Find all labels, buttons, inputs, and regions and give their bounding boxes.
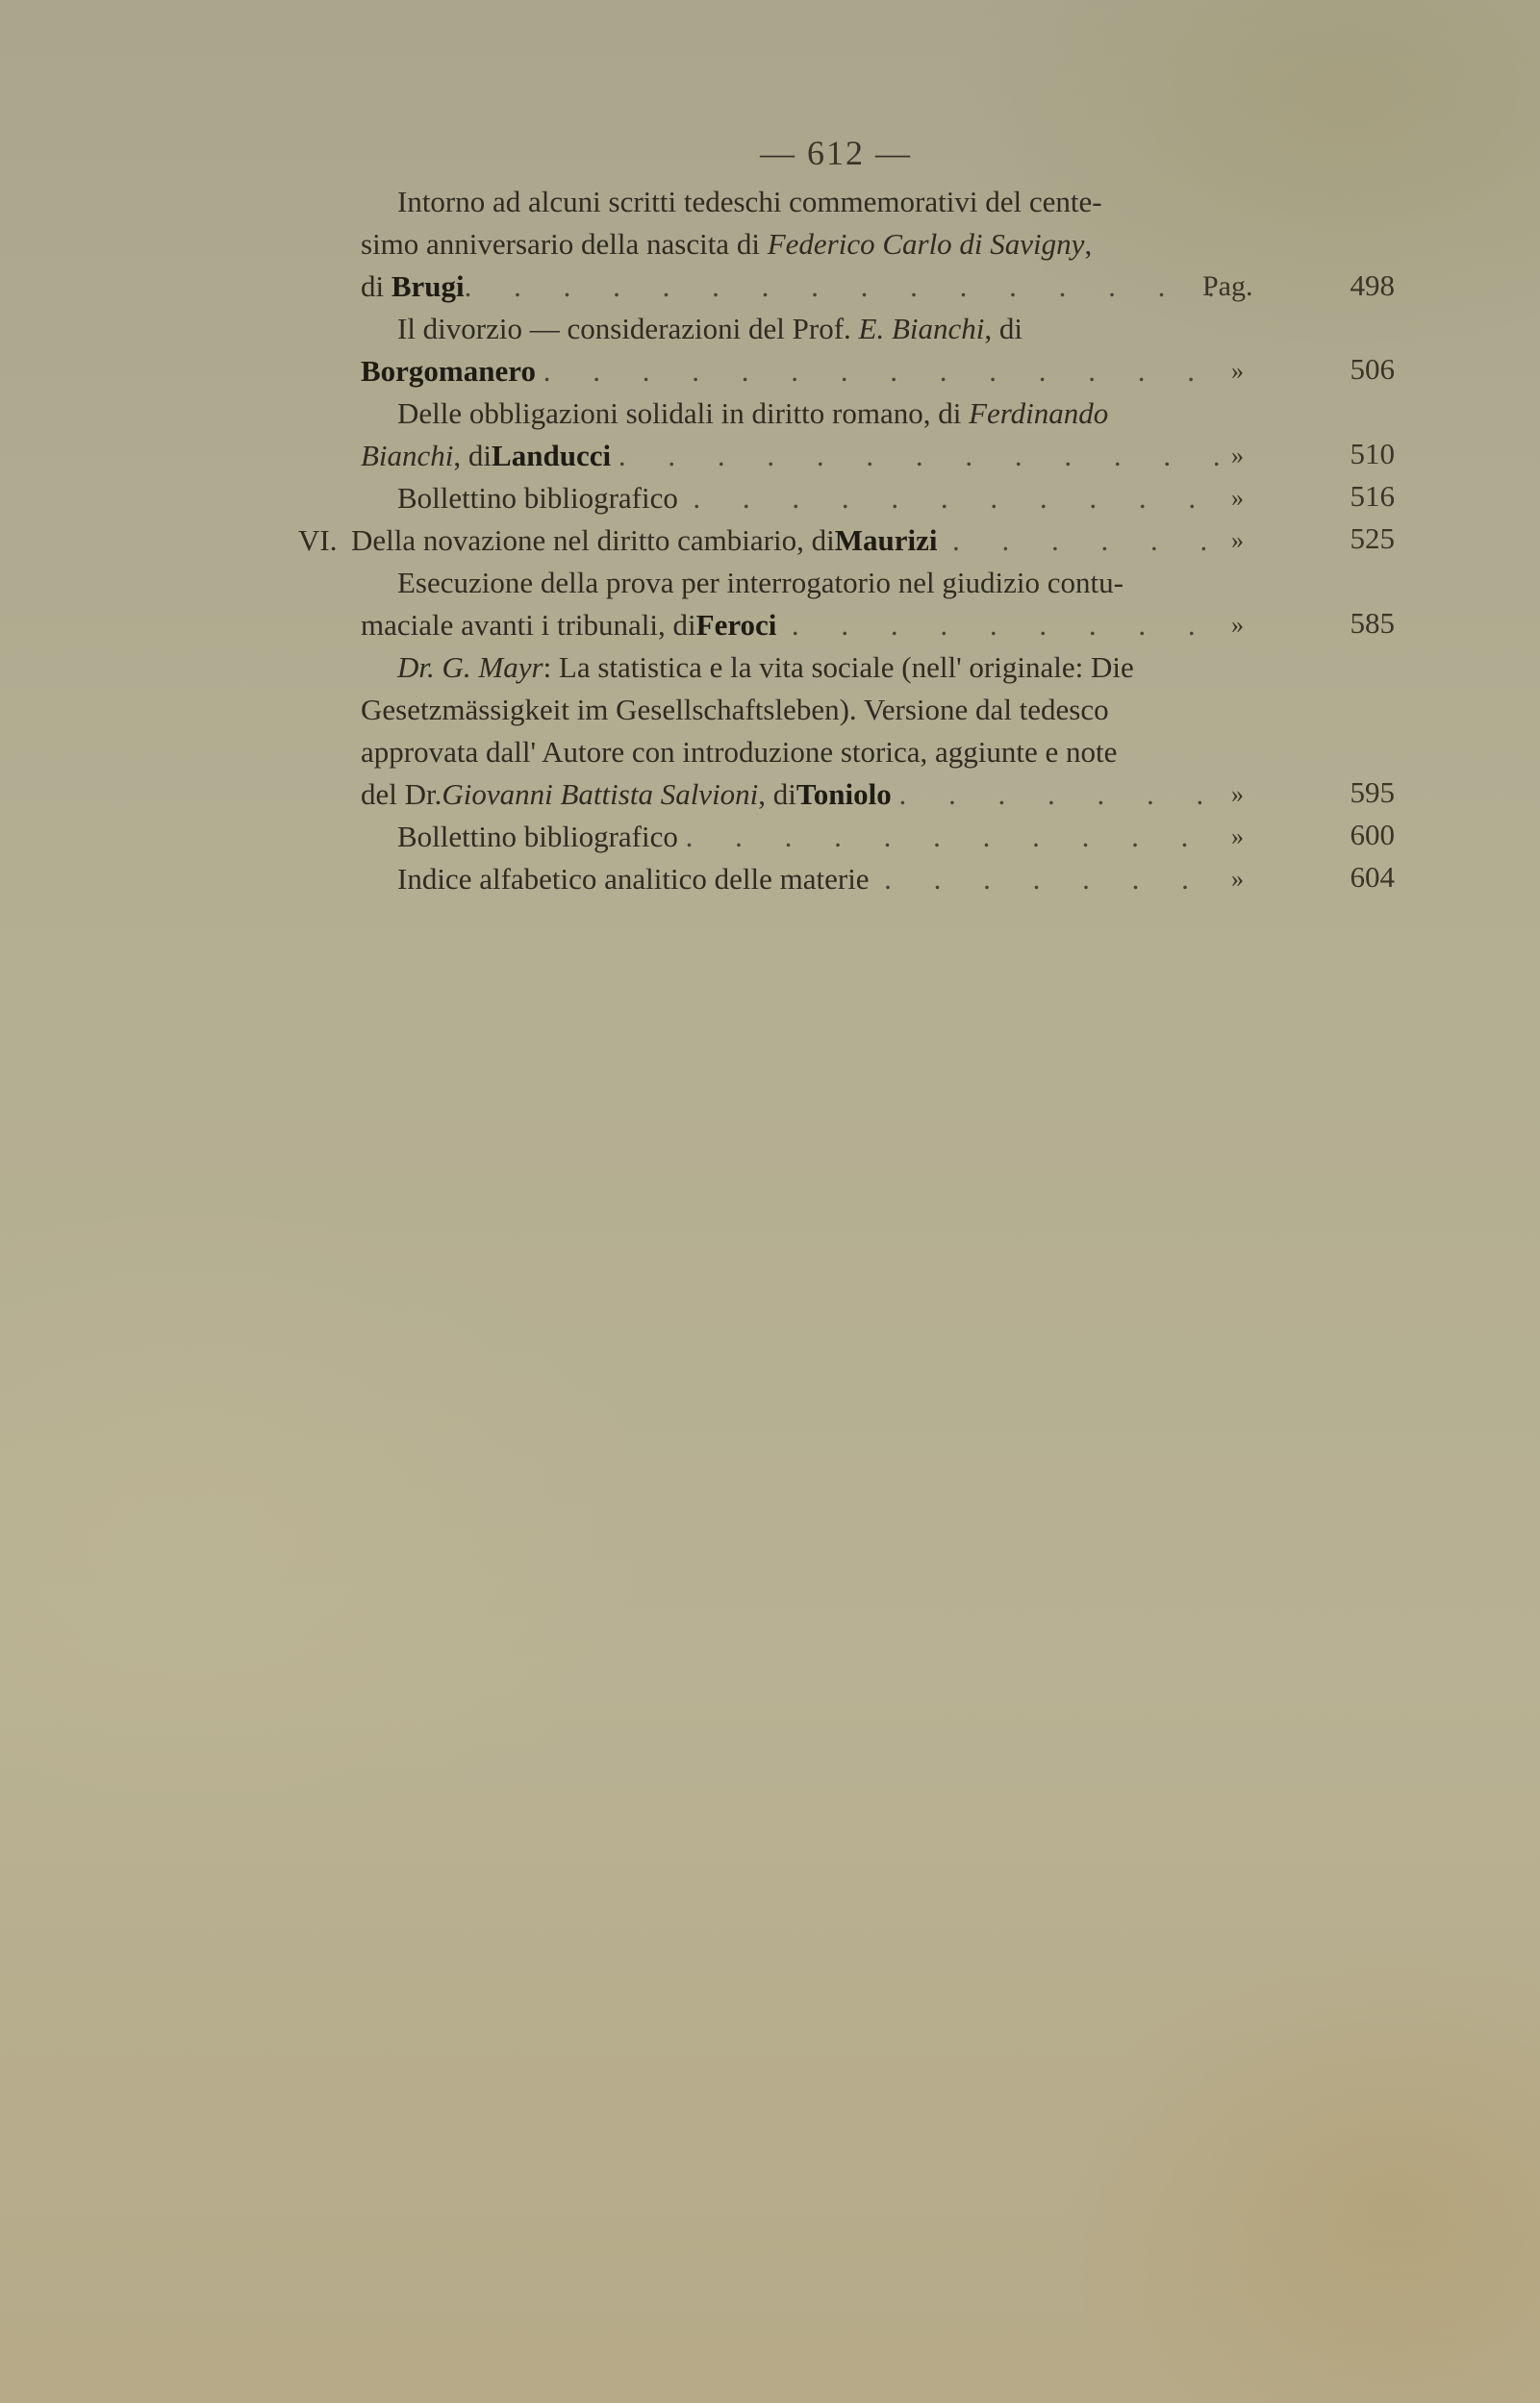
toc-entry-bollettino-2: Bollettino bibliografico . . . . . . . .… [289,816,1395,858]
dot-leader: . . . . . . . . . . . . . . . . . . . . … [619,435,1226,477]
toc-entry-obbligazioni: Delle obbligazioni solidali in diritto r… [289,392,1395,477]
ditto-mark: » [1231,519,1289,562]
page-reference: » 585 [1231,602,1395,646]
page-reference: » 604 [1231,856,1395,900]
page-value: 585 [1318,602,1395,645]
ditto-mark: » [1231,858,1289,900]
author-name: Borgomanero [361,350,536,392]
subject-name: Ferdinando [969,396,1108,430]
toc-entry-indice: Indice alfabetico analitico delle materi… [289,858,1395,900]
ditto-mark: » [1231,350,1289,392]
dot-leader: . . . . . . . . . . . . . . . . . . . . … [792,604,1226,646]
page-abbrev: Pag. [1202,266,1260,308]
toc-entry-bollettino-1: Bollettino bibliografico . . . . . . . .… [289,477,1395,519]
page-value: 516 [1318,475,1395,518]
table-of-contents: Intorno ad alcuni scritti tedeschi comme… [289,181,1395,900]
dot-leader: . . . . . . . . . . . . . . . . . . . . … [693,477,1226,519]
dot-leader: . . . . . . . . . . . . . . . . . . . . … [952,519,1226,562]
page-reference: » 510 [1231,433,1395,477]
page-reference: » 506 [1231,348,1395,392]
page-value: 525 [1318,518,1395,560]
page-reference: Pag. 498 [1202,265,1395,308]
ditto-mark: » [1231,604,1289,646]
page-value: 510 [1318,433,1395,475]
author-name: Feroci [696,604,777,646]
toc-entry-novazione: VI. Della novazione nel diritto cambiari… [289,519,1395,562]
page-value: 604 [1318,856,1395,898]
ditto-mark: » [1231,773,1289,816]
subject-name: Federico Carlo di Savigny [768,227,1085,261]
subject-name: E. Bianchi [859,312,985,345]
page-reference: » 595 [1231,771,1395,816]
page-number: — 612 — [760,133,912,173]
dot-leader: . . . . . . . . . . . . . . . . . . . . … [686,816,1226,858]
entry-title-line: Intorno ad alcuni scritti tedeschi comme… [361,181,1294,223]
page-reference: » 600 [1231,814,1395,858]
toc-entry-mayr: Dr. G. Mayr: La statistica e la vita soc… [289,646,1395,816]
dot-leader: . . . . . . . . . . . . . . . . . . . . … [898,773,1226,816]
section-numeral: VI. [298,519,337,562]
author-name: Maurizi [835,519,938,562]
dot-leader: . . . . . . . . . . . . . . . . . . . . … [465,266,1226,308]
dot-leader: . . . . . . . . . . . . . . . . . . . . … [884,858,1226,900]
page-value: 506 [1318,348,1395,391]
page-value: 498 [1318,265,1395,307]
ditto-mark: » [1231,477,1289,519]
toc-entry-esecuzione: Esecuzione della prova per interrogatori… [289,562,1395,646]
ditto-mark: » [1231,816,1289,858]
page-value: 600 [1318,814,1395,856]
ditto-mark: » [1231,435,1289,477]
author-name: Toniolo [796,773,892,816]
page-reference: » 525 [1231,518,1395,562]
author-name: Landucci [492,435,611,477]
page-value: 595 [1318,771,1395,814]
translator-name: Giovanni Battista Salvioni [442,773,758,816]
page-reference: » 516 [1231,475,1395,519]
entry-title-line: simo anniversario della nascita di [361,227,760,261]
subject-name: Dr. G. Mayr [397,650,543,684]
author-name: Brugi [391,266,465,308]
toc-entry-divorzio: Il divorzio — considerazioni del Prof. E… [289,308,1395,392]
dot-leader: . . . . . . . . . . . . . . . . . . . . … [543,350,1226,392]
toc-entry-savigny: Intorno ad alcuni scritti tedeschi comme… [289,181,1395,308]
